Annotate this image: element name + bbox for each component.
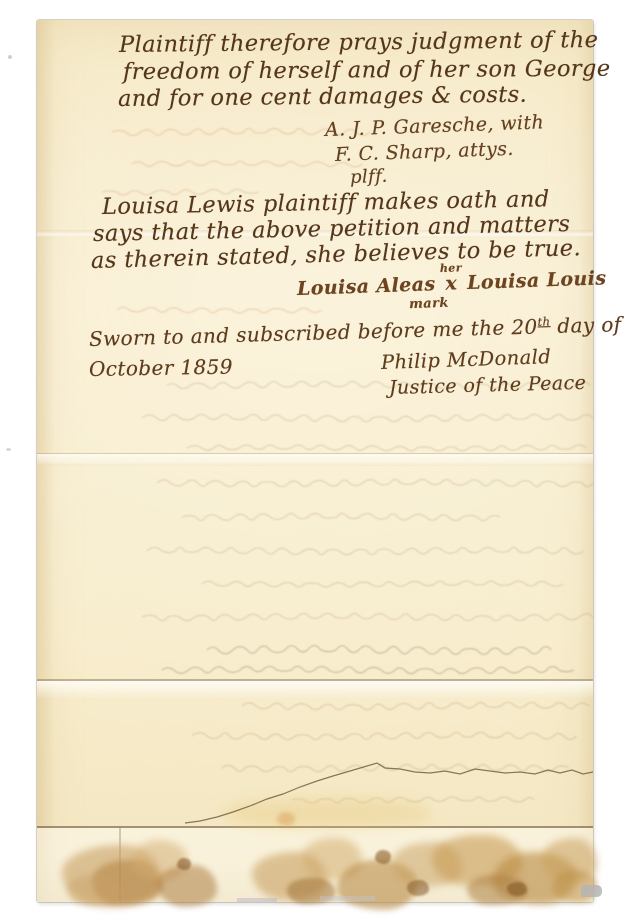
- paper-page: Plaintiff therefore prays judgment of th…: [37, 20, 593, 902]
- scan-speck: [6, 448, 11, 451]
- prayer-line-3: and for one cent damages & costs.: [118, 82, 527, 112]
- signature-mark-block: Louisa Aleas her x mark Louisa Louis: [297, 267, 607, 300]
- fold-crease: [37, 453, 593, 466]
- mark-note-mark: mark: [409, 296, 449, 312]
- scan-speck: [8, 55, 12, 59]
- officer-title: Justice of the Peace: [389, 372, 587, 399]
- bleedthrough-line: [117, 307, 321, 313]
- bleedthrough-line: [207, 646, 551, 655]
- bleedthrough-line: [202, 581, 563, 587]
- bleedthrough-line: [132, 161, 362, 167]
- bleedthrough-line: [192, 732, 576, 739]
- jurat-line-1-suffix: day of: [550, 312, 622, 338]
- bleedthrough-line: [157, 479, 593, 486]
- fold-crease: [37, 679, 593, 699]
- stain-blob: [222, 798, 432, 828]
- bleedthrough-line: [292, 797, 534, 803]
- vertical-crease: [119, 828, 121, 900]
- bleedthrough-line: [162, 666, 574, 673]
- mark-note-her: her: [440, 261, 462, 275]
- scanned-document-page: { "page": { "scan_background": "#ffffff"…: [0, 0, 640, 924]
- bleedthrough-line: [142, 613, 593, 620]
- officer-signature: Philip McDonald: [381, 345, 552, 374]
- prayer-line-2: freedom of herself and of her son George: [123, 56, 611, 85]
- stain-blob: [277, 812, 295, 826]
- prayer-line-1: Plaintiff therefore prays judgment of th…: [119, 27, 599, 58]
- attorney-signature-line-1: A. J. P. Garesche, with: [325, 111, 545, 141]
- attorney-signature-line-3: plff.: [350, 166, 388, 188]
- bleedthrough-line: [147, 547, 584, 554]
- jurat-ordinal-sup: th: [537, 314, 550, 328]
- document-scan: Plaintiff therefore prays judgment of th…: [0, 0, 640, 924]
- bleedthrough-line: [142, 414, 593, 421]
- jurat-date: October 1859: [89, 354, 233, 381]
- jurat-line-1-prefix: Sworn to and subscribed before me the 20: [89, 314, 538, 351]
- signer-name-right: Louisa Louis: [467, 267, 607, 294]
- bleedthrough-line: [222, 764, 569, 771]
- bleedthrough-line: [242, 702, 589, 709]
- signature-mark-x-stack: her x mark: [442, 272, 460, 295]
- attorney-signature-line-2: F. C. Sharp, attys.: [335, 138, 515, 166]
- tear-line-path: [185, 763, 593, 823]
- bleedthrough-line: [182, 513, 500, 520]
- mark-x: x: [445, 272, 457, 294]
- bleedthrough-line: [187, 445, 586, 451]
